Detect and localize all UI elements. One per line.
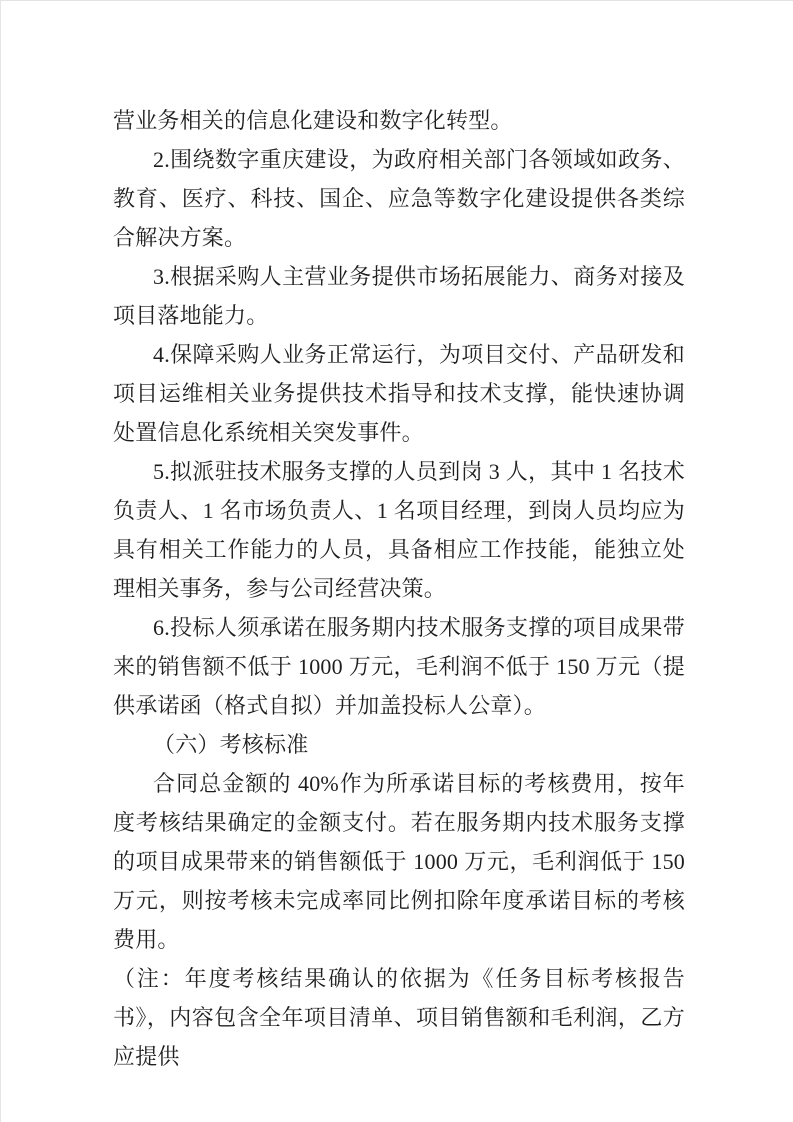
section-heading-assessment-standard: （六）考核标准 bbox=[113, 725, 685, 764]
paragraph-item-3: 3.根据采购人主营业务提供市场拓展能力、商务对接及项目落地能力。 bbox=[113, 257, 685, 335]
paragraph-note: （注：年度考核结果确认的依据为《任务目标考核报告书》，内容包含全年项目清单、项目… bbox=[113, 959, 685, 1076]
paragraph-assessment-standard: 合同总金额的 40%作为所承诺目标的考核费用，按年度考核结果确定的金额支付。若在… bbox=[113, 764, 685, 959]
document-page: 营业务相关的信息化建设和数字化转型。 2.围绕数字重庆建设，为政府相关部门各领域… bbox=[0, 0, 793, 1122]
paragraph-item-5: 5.拟派驻技术服务支撑的人员到岗 3 人，其中 1 名技术负责人、1 名市场负责… bbox=[113, 452, 685, 608]
paragraph-item-4: 4.保障采购人业务正常运行，为项目交付、产品研发和项目运维相关业务提供技术指导和… bbox=[113, 335, 685, 452]
paragraph-continuation: 营业务相关的信息化建设和数字化转型。 bbox=[113, 101, 685, 140]
document-text-body: 营业务相关的信息化建设和数字化转型。 2.围绕数字重庆建设，为政府相关部门各领域… bbox=[113, 101, 685, 1076]
paragraph-item-6: 6.投标人须承诺在服务期内技术服务支撑的项目成果带来的销售额不低于 1000 万… bbox=[113, 608, 685, 725]
paragraph-item-2: 2.围绕数字重庆建设，为政府相关部门各领域如政务、教育、医疗、科技、国企、应急等… bbox=[113, 140, 685, 257]
